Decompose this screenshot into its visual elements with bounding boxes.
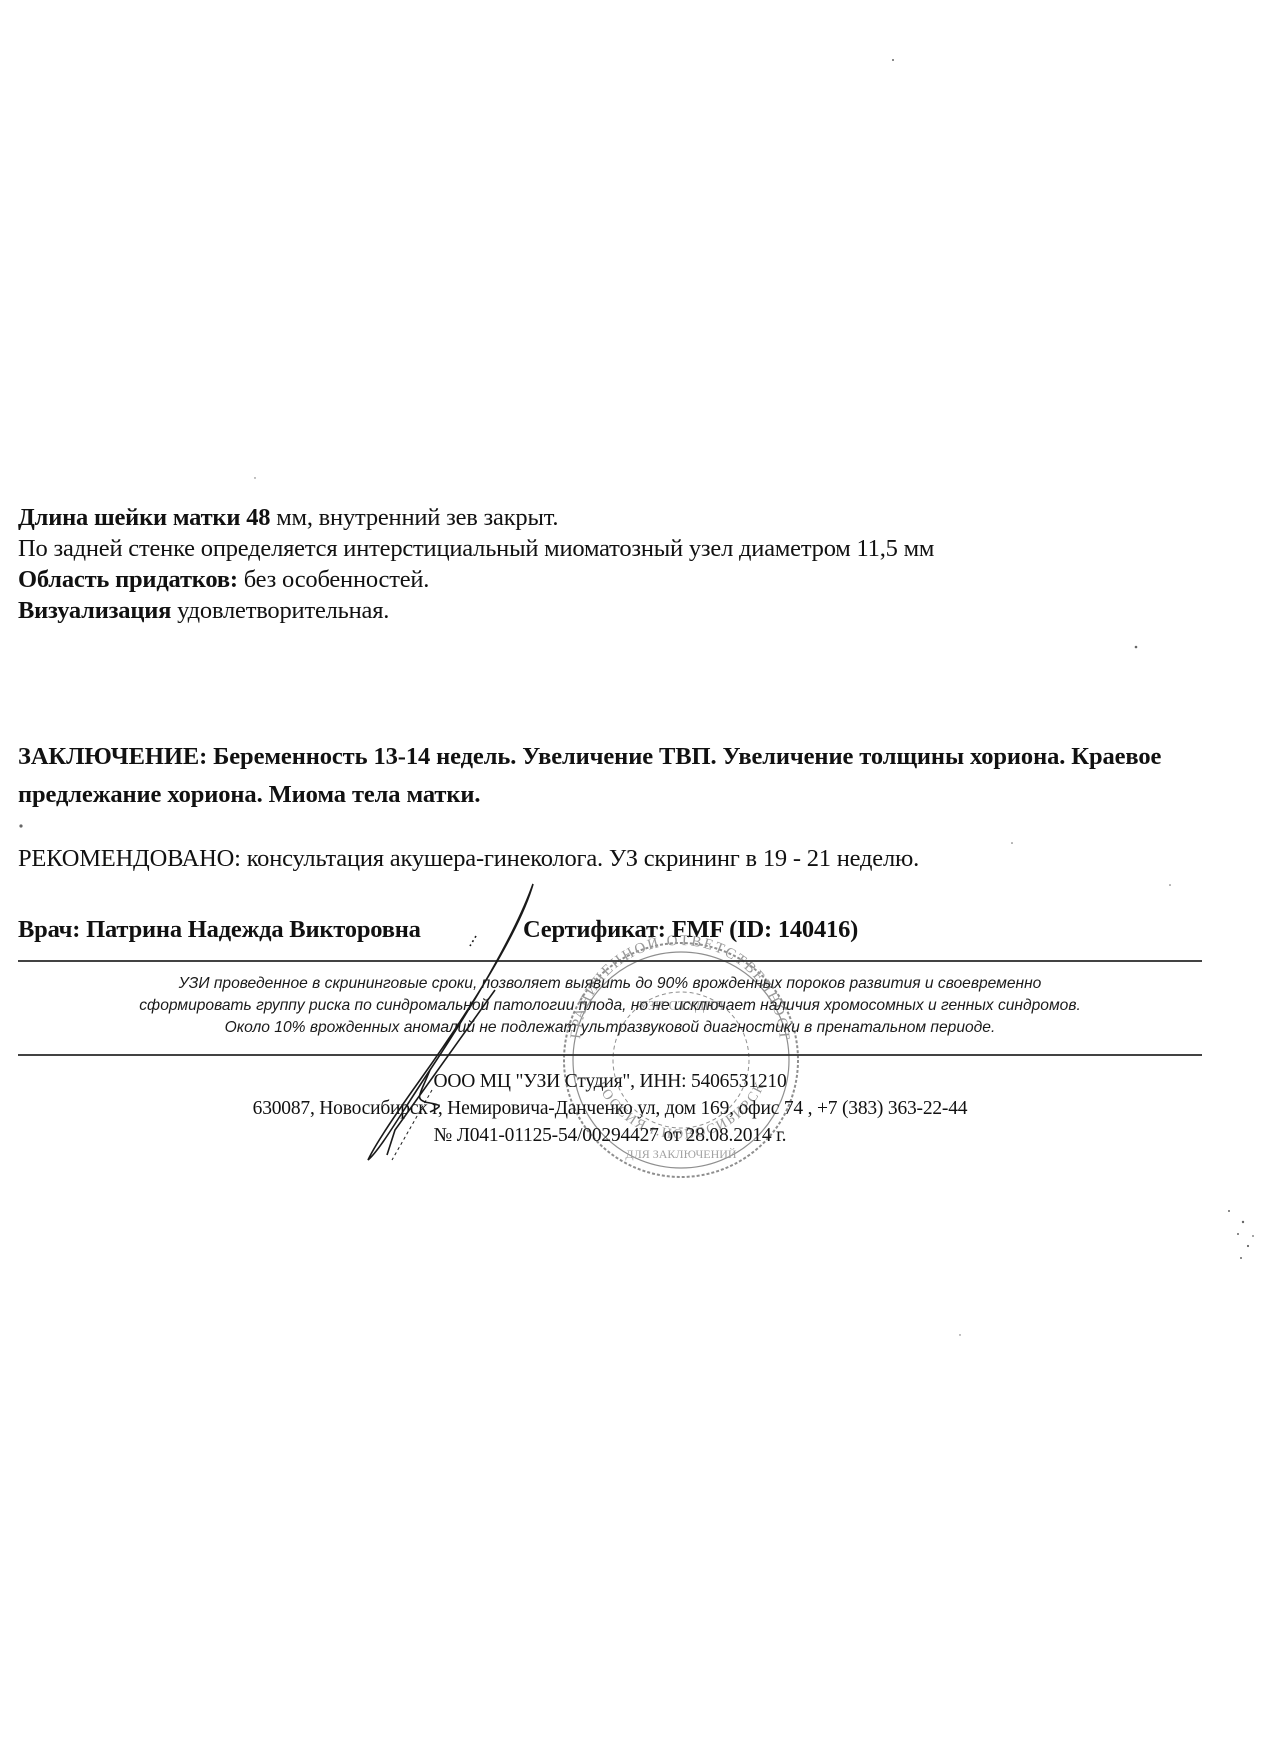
cervix-value: 48 — [246, 504, 270, 531]
recommendation-label: РЕКОМЕНДОВАНО — [18, 845, 234, 872]
certificate-value: FMF (ID: 140416) — [672, 916, 858, 943]
visualization-label: Визуализация — [18, 597, 171, 624]
conclusion-block: ЗАКЛЮЧЕНИЕ: Беременность 13-14 недель. У… — [18, 738, 1218, 814]
stamp-and-signature: С ОГРАНИЧЕННОЙ ОТВЕТСТВЕННОСТЬЮ РОССИЯ г… — [0, 0, 1280, 1762]
cervix-length-line: Длина шейки матки 48 мм, внутренний зев … — [18, 503, 558, 533]
svg-text:ДЛЯ ЗАКЛЮЧЕНИЙ: ДЛЯ ЗАКЛЮЧЕНИЙ — [625, 1147, 736, 1161]
divider-bottom — [18, 1054, 1202, 1056]
doctor-name: Патрина Надежда Викторовна — [86, 916, 421, 943]
disclaimer-line-3: Около 10% врожденных аномалий не подлежа… — [18, 1017, 1202, 1039]
adnexa-line: Область придатков: без особенностей. — [18, 565, 429, 595]
disclaimer-line-2: сформировать группу риска по синдромальн… — [18, 995, 1202, 1017]
conclusion-label: ЗАКЛЮЧЕНИЕ: — [18, 743, 207, 770]
visualization-line: Визуализация удовлетворительная. — [18, 596, 389, 626]
adnexa-value: без особенностей. — [238, 566, 429, 593]
org-address-line: 630087, Новосибирск г, Немировича-Данчен… — [18, 1096, 1202, 1121]
org-license-line: № Л041-01125-54/00294427 от 28.08.2014 г… — [18, 1123, 1202, 1148]
disclaimer-line-1: УЗИ проведенное в скрининговые сроки, по… — [18, 973, 1202, 995]
myoma-line: По задней стенке определяется интерстици… — [18, 534, 934, 564]
org-name-line: ООО МЦ "УЗИ Студия", ИНН: 5406531210 — [18, 1069, 1202, 1094]
recommendation-text: : консультация акушера-гинеколога. УЗ ск… — [234, 845, 919, 872]
visualization-value: удовлетворительная. — [171, 597, 389, 624]
certificate-label: Сертификат: — [523, 916, 666, 943]
doctor-line: Врач: Патрина Надежда Викторовна — [18, 915, 421, 945]
certificate-line: Сертификат: FMF (ID: 140416) — [523, 915, 858, 945]
document-page: Длина шейки матки 48 мм, внутренний зев … — [0, 0, 1280, 1762]
cervix-label: Длина шейки матки — [18, 504, 240, 531]
adnexa-label: Область придатков: — [18, 566, 238, 593]
recommendation-line: РЕКОМЕНДОВАНО: консультация акушера-гине… — [18, 844, 919, 874]
divider-top — [18, 960, 1202, 962]
doctor-label: Врач: — [18, 916, 80, 943]
cervix-rest: мм, внутренний зев закрыт. — [270, 504, 558, 531]
